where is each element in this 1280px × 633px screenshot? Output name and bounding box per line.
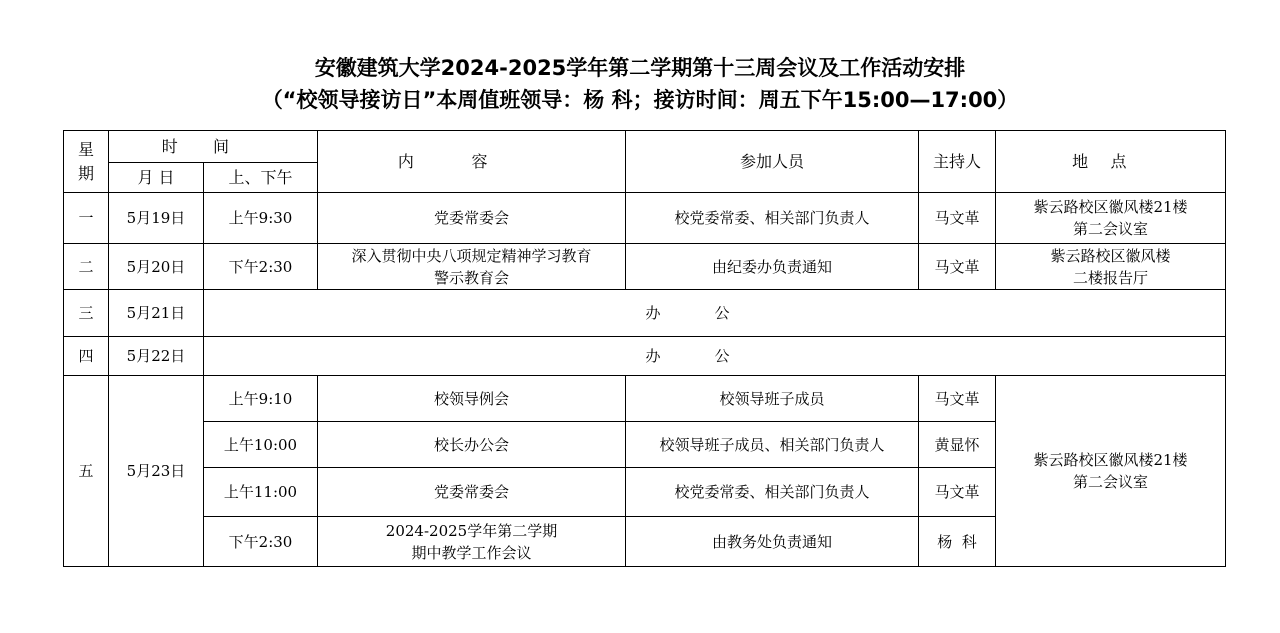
office-cell: 办公 [204,337,1226,376]
host-cell: 马文革 [919,468,996,517]
location-cell: 紫云路校区徽风楼二楼报告厅 [996,244,1226,290]
content-cell: 校领导例会 [318,376,626,422]
table-row: 五 5月23日 上午9:10 校领导例会 校领导班子成员 马文革 紫云路校区徽风… [64,376,1226,422]
weekday-cell: 五 [64,376,109,567]
location-cell: 紫云路校区徽风楼21楼第二会议室 [996,376,1226,567]
participants-cell: 校领导班子成员、相关部门负责人 [626,422,919,468]
weekday-cell: 三 [64,290,109,337]
content-cell: 党委常委会 [318,193,626,244]
time-cell: 下午2:30 [204,517,318,567]
weekday-cell: 二 [64,244,109,290]
participants-cell: 校领导班子成员 [626,376,919,422]
content-line: 2024-2025学年第二学期 [318,520,625,542]
content-line: 深入贯彻中央八项规定精神学习教育 [318,245,625,267]
header-weekday: 星期 [64,131,109,193]
content-line: 期中教学工作会议 [318,542,625,564]
host-cell: 马文革 [919,244,996,290]
location-cell: 紫云路校区徽风楼21楼第二会议室 [996,193,1226,244]
header-participants: 参加人员 [626,131,919,193]
time-cell: 上午11:00 [204,468,318,517]
schedule-table: 星期 时间 内容 参加人员 主持人 地点 月 日 上、下午 一 5月19日 上午… [63,130,1226,567]
location-line: 二楼报告厅 [996,267,1225,289]
table-row: 四 5月22日 办公 [64,337,1226,376]
header-content: 内容 [318,131,626,193]
header-ampm: 上、下午 [204,163,318,193]
header-host: 主持人 [919,131,996,193]
location-line: 紫云路校区徽风楼21楼 [996,449,1225,471]
date-cell: 5月21日 [109,290,204,337]
office-cell: 办公 [204,290,1226,337]
location-line: 紫云路校区徽风楼 [996,245,1225,267]
weekday-cell: 一 [64,193,109,244]
participants-cell: 校党委常委、相关部门负责人 [626,468,919,517]
table-row: 三 5月21日 办公 [64,290,1226,337]
content-cell: 校长办公会 [318,422,626,468]
content-line: 警示教育会 [318,267,625,289]
header-location: 地点 [996,131,1226,193]
location-line: 第二会议室 [996,471,1225,493]
participants-cell: 由教务处负责通知 [626,517,919,567]
date-cell: 5月19日 [109,193,204,244]
host-cell: 杨 科 [919,517,996,567]
time-cell: 上午10:00 [204,422,318,468]
date-cell: 5月20日 [109,244,204,290]
participants-cell: 由纪委办负责通知 [626,244,919,290]
date-cell: 5月22日 [109,337,204,376]
content-cell: 党委常委会 [318,468,626,517]
time-cell: 下午2:30 [204,244,318,290]
location-line: 紫云路校区徽风楼21楼 [996,196,1225,218]
content-cell: 2024-2025学年第二学期期中教学工作会议 [318,517,626,567]
document-subtitle: （“校领导接访日”本周值班领导：杨 科；接访时间：周五下午15:00—17:00… [0,84,1280,114]
document-title: 安徽建筑大学2024-2025学年第二学期第十三周会议及工作活动安排 [0,52,1280,82]
time-cell: 上午9:30 [204,193,318,244]
table-row: 二 5月20日 下午2:30 深入贯彻中央八项规定精神学习教育警示教育会 由纪委… [64,244,1226,290]
header-time: 时间 [109,131,318,163]
location-line: 第二会议室 [996,218,1225,240]
table-row: 一 5月19日 上午9:30 党委常委会 校党委常委、相关部门负责人 马文革 紫… [64,193,1226,244]
header-date: 月 日 [109,163,204,193]
content-cell: 深入贯彻中央八项规定精神学习教育警示教育会 [318,244,626,290]
host-cell: 黄显怀 [919,422,996,468]
participants-cell: 校党委常委、相关部门负责人 [626,193,919,244]
weekday-cell: 四 [64,337,109,376]
header-weekday-label: 星期 [78,138,94,186]
host-cell: 马文革 [919,193,996,244]
time-cell: 上午9:10 [204,376,318,422]
host-cell: 马文革 [919,376,996,422]
date-cell: 5月23日 [109,376,204,567]
